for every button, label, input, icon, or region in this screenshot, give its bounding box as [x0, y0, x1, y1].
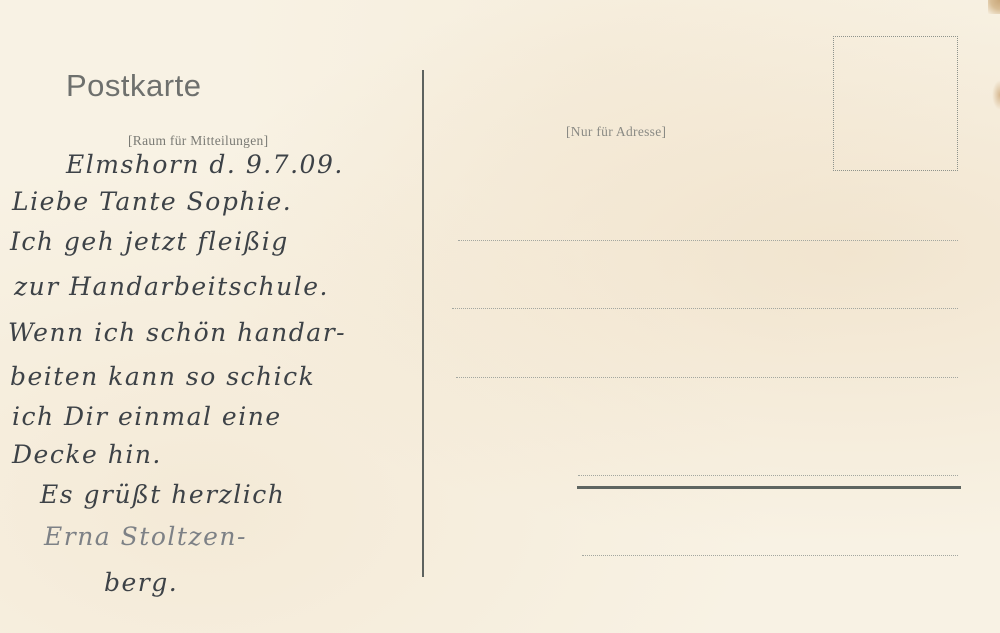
message-area-label: [Raum für Mitteilungen]: [128, 133, 268, 149]
address-underline: [577, 486, 961, 489]
message-line: beiten kann so schick: [10, 362, 315, 391]
message-line-closing: Es grüßt herzlich: [40, 480, 285, 509]
address-line-5: [582, 555, 958, 556]
address-line-3: [456, 377, 958, 378]
address-line-4: [578, 475, 958, 476]
edge-stain: [992, 80, 1000, 110]
message-line: Wenn ich schön handar-: [8, 318, 346, 347]
postcard-title: Postkarte: [66, 68, 201, 104]
address-area-label: [Nur für Adresse]: [566, 124, 666, 140]
address-line-1: [458, 240, 958, 241]
message-line-greeting: Liebe Tante Sophie.: [12, 187, 292, 216]
message-line-place-date: Elmshorn d. 9.7.09.: [66, 150, 344, 179]
message-line: ich Dir einmal eine: [12, 402, 282, 431]
message-signature: Erna Stoltzen-: [44, 522, 247, 551]
message-line: Ich geh jetzt fleißig: [10, 227, 289, 256]
stamp-box: [833, 36, 958, 171]
corner-stain: [988, 0, 1000, 14]
message-line: Decke hin.: [12, 440, 162, 469]
message-signature-cont: berg.: [104, 568, 178, 597]
message-line: zur Handarbeitschule.: [14, 272, 329, 301]
center-divider: [422, 70, 424, 577]
address-line-2: [452, 308, 958, 309]
postcard-back: Postkarte [Raum für Mitteilungen] [Nur f…: [0, 0, 1000, 633]
